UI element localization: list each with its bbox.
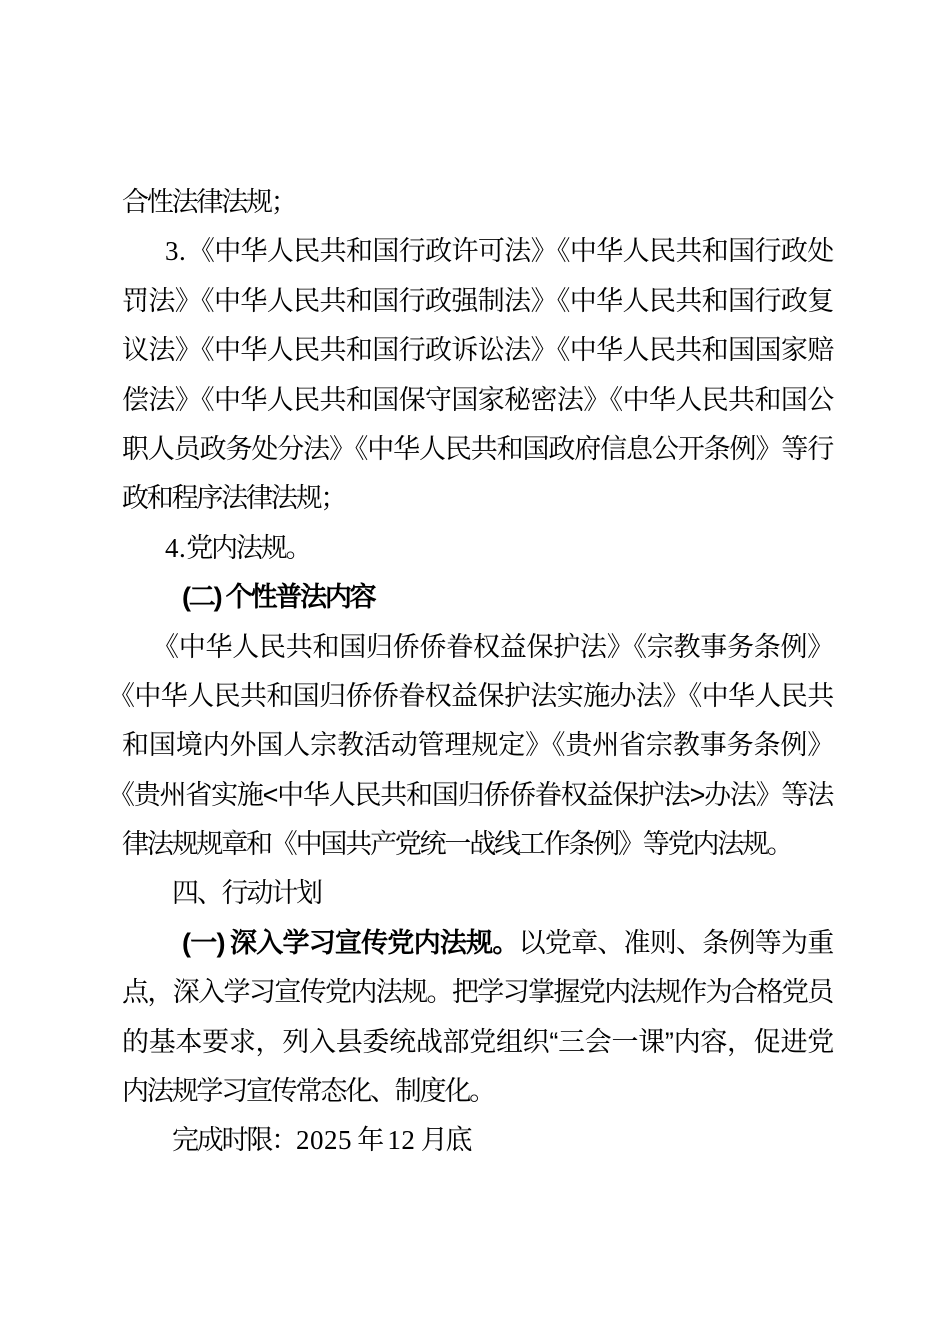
text-line: (一) 深入学习宣传党内法规。以党章、准则、条例等为重	[122, 919, 832, 968]
body-text: 内法规学习宣传常态化、制度化。	[122, 1076, 494, 1106]
body-text: 4.	[165, 533, 186, 563]
document-page: 合性法律法规；3.《中华人民共和国行政许可法》《中华人民共和国行政处罚法》《中华…	[0, 0, 950, 1344]
text-line: 律法规规章和《中国共产党统一战线工作条例》等党内法规。	[122, 820, 832, 869]
text-line: 《贵州省实施<中华人民共和国归侨侨眷权益保护法>办法》等法	[108, 771, 832, 820]
body-text: 议法》《中华人民共和国行政诉讼法》《中华人民共和国国家赔	[122, 335, 832, 365]
text-line: 四、行动计划	[122, 869, 832, 918]
text-line: 内法规学习宣传常态化、制度化。	[122, 1067, 832, 1116]
heading-text: (二) 个性普法内容	[182, 582, 374, 612]
text-line: 偿法》《中华人民共和国保守国家秘密法》《中华人民共和国公	[122, 376, 832, 425]
text-line: 政和程序法律法规；	[122, 474, 832, 523]
body-text: 完成时限：	[172, 1125, 296, 1155]
body-text: 的基本要求，列入县委统战部党组织“三会一课”内容，促进党	[122, 1027, 832, 1057]
text-line: 罚法》《中华人民共和国行政强制法》《中华人民共和国行政复	[122, 277, 832, 326]
text-line: 的基本要求，列入县委统战部党组织“三会一课”内容，促进党	[122, 1018, 832, 1067]
text-line: 完成时限：2025 年 12 月底	[122, 1116, 832, 1165]
text-line: 议法》《中华人民共和国行政诉讼法》《中华人民共和国国家赔	[122, 326, 832, 375]
text-line: 3.《中华人民共和国行政许可法》《中华人民共和国行政处	[122, 227, 832, 276]
body-text: 党内法规。	[186, 533, 310, 563]
body-text: 四、行动计划	[172, 878, 321, 908]
text-block: 合性法律法规；3.《中华人民共和国行政许可法》《中华人民共和国行政处罚法》《中华…	[122, 178, 832, 1166]
body-text: 罚法》《中华人民共和国行政强制法》《中华人民共和国行政复	[122, 286, 832, 316]
body-text: 3.	[165, 236, 186, 266]
body-text: 职人员政务处分法》《中华人民共和国政府信息公开条例》等行	[122, 434, 832, 464]
text-line: (二) 个性普法内容	[122, 573, 832, 622]
body-text: 偿法》《中华人民共和国保守国家秘密法》《中华人民共和国公	[122, 385, 832, 415]
body-text: 2025	[296, 1125, 352, 1155]
text-line: 职人员政务处分法》《中华人民共和国政府信息公开条例》等行	[122, 425, 832, 474]
body-text: 点，深入学习宣传党内法规。把学习掌握党内法规作为合格党员	[122, 977, 832, 1007]
body-text: 政和程序法律法规；	[122, 483, 345, 513]
body-text: 月底	[415, 1125, 470, 1155]
body-text: 《中华人民共和国行政许可法》《中华人民共和国行政处	[186, 236, 832, 266]
text-line: 和国境内外国人宗教活动管理规定》《贵州省宗教事务条例》	[122, 721, 832, 770]
body-text: 年	[352, 1125, 387, 1155]
body-text: 律法规规章和《中国共产党统一战线工作条例》等党内法规。	[122, 829, 792, 859]
body-text: 以党章、准则、条例等为重	[519, 928, 832, 958]
text-line: 4.党内法规。	[122, 524, 832, 573]
heading-text: (一) 深入学习宣传党内法规。	[182, 928, 519, 958]
body-text: 《中华人民共和国归侨侨眷权益保护法》《宗教事务条例》	[152, 632, 832, 662]
body-text: 合性法律法规；	[122, 187, 296, 217]
text-line: 点，深入学习宣传党内法规。把学习掌握党内法规作为合格党员	[122, 968, 832, 1017]
text-line: 合性法律法规；	[122, 178, 832, 227]
text-line: 《中华人民共和国归侨侨眷权益保护法实施办法》《中华人民共	[108, 672, 832, 721]
text-line: 《中华人民共和国归侨侨眷权益保护法》《宗教事务条例》	[122, 623, 832, 672]
body-text: 12	[387, 1125, 415, 1155]
body-text: 《贵州省实施<中华人民共和国归侨侨眷权益保护法>办法》等法	[108, 780, 832, 810]
body-text: 《中华人民共和国归侨侨眷权益保护法实施办法》《中华人民共	[108, 681, 832, 711]
body-text: 和国境内外国人宗教活动管理规定》《贵州省宗教事务条例》	[122, 730, 832, 760]
